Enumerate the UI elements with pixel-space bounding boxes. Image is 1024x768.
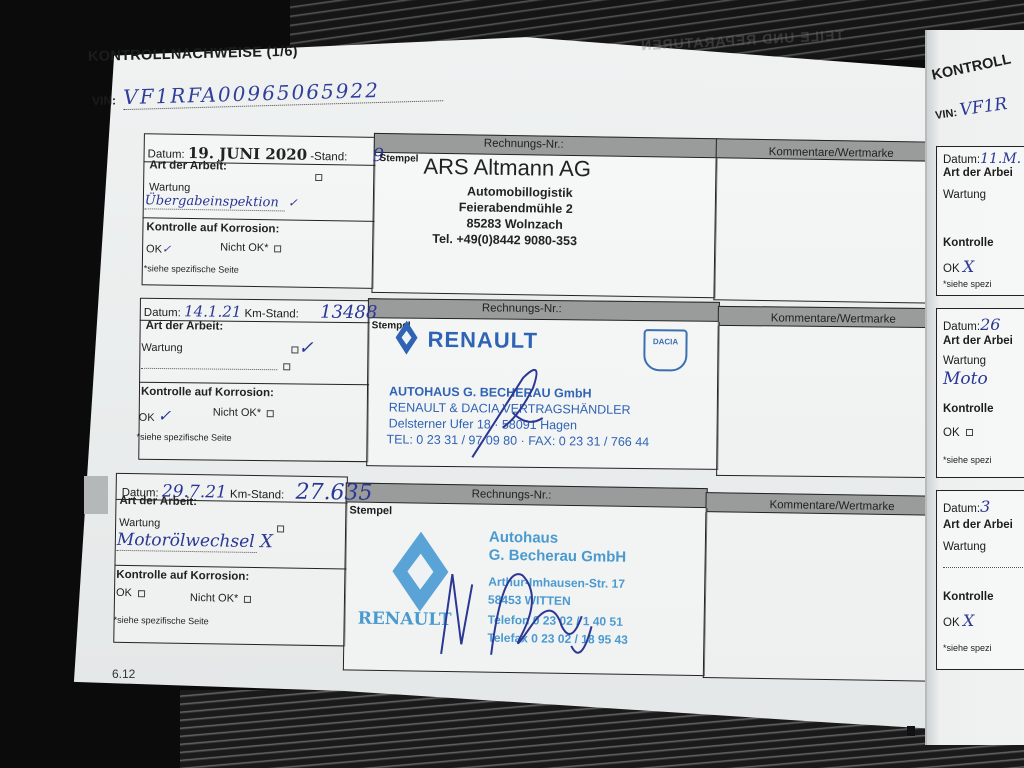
stamp-line: Tel. +49(0)8442 9080-353 (432, 232, 577, 248)
vin-label: VIN: (934, 107, 957, 122)
datum-line: Datum:3 (943, 497, 990, 516)
entry-2-km-value: 13488 (320, 302, 377, 324)
entry-3-ok-option[interactable]: OK (116, 587, 145, 599)
date-value: 26 (980, 315, 1000, 334)
wartung-label: Wartung (119, 517, 160, 530)
stamp-line: Autohaus (489, 529, 558, 547)
entry-2-invoice-label: Rechnungs-Nr.: (482, 302, 562, 315)
datum-line: Datum:26 (943, 315, 1000, 334)
entry-2-wartung-check: ✓ (298, 337, 313, 358)
entry-1-nicht-ok-option[interactable]: Nicht OK* (220, 241, 281, 254)
art-label: Art der Arbei (943, 167, 1013, 179)
nicht-ok-label: Nicht OK* (213, 407, 261, 420)
entry-2-comment-label: Kommentare/Wertmarke (771, 312, 896, 325)
ok-label: OK (139, 412, 155, 424)
page-number: 6.12 (112, 667, 135, 681)
ok-option[interactable]: OK X (943, 611, 974, 630)
kontrolle-label: Kontrolle (943, 403, 993, 415)
entry-1-invoice-label: Rechnungs-Nr.: (484, 138, 564, 151)
entry-1-ok-option[interactable]: OK✓ (146, 242, 171, 255)
entry-2-ok-option[interactable]: OK ✓ (139, 406, 172, 425)
work-value: Moto (943, 369, 988, 389)
km-stand-label: Km-Stand: (230, 489, 285, 502)
ok-mark: X (963, 257, 974, 276)
km-stand-label: Km-Stand: (244, 308, 298, 321)
date-value: 11.M. (980, 151, 1021, 167)
ok-label: OK (146, 243, 162, 255)
entry-2-comment-box (716, 326, 940, 478)
signature-icon (411, 553, 613, 666)
next-page-entry-2: Datum:26 Art der Arbei Wartung Moto Kont… (936, 308, 1024, 478)
entry-1-comment-label: Kommentare/Wertmarke (769, 146, 894, 160)
stamp-line: Automobillogistik (467, 184, 573, 200)
nicht-ok-label: Nicht OK* (190, 592, 238, 605)
entry-1-work-check[interactable]: ✓ (288, 196, 298, 210)
page-edge-mark (907, 726, 915, 736)
datum-label: Datum: (943, 154, 980, 166)
date-value: 3 (980, 497, 990, 516)
entry-1-comment-box (713, 158, 935, 303)
kontrolle-label: Kontrolle (943, 237, 993, 249)
kontrolle-label: Kontrolle auf Korrosion: (116, 569, 249, 583)
kontrolle-label: Kontrolle auf Korrosion: (141, 386, 274, 399)
wartung-label: Wartung (149, 181, 190, 194)
datum-label: Datum: (943, 503, 980, 515)
datum-line: Datum:11.M. (943, 151, 1021, 167)
datum-label: Datum: (144, 307, 181, 319)
art-der-arbeit-label: Art der Arbeit: (149, 159, 227, 172)
dacia-logo-icon: DACIA (643, 329, 687, 371)
footnote: *siehe spezifische Seite (114, 615, 209, 626)
entry-3-comment-box (703, 512, 938, 682)
wartung-label: Wartung (943, 541, 986, 553)
stamp-brand: RENAULT (427, 327, 538, 354)
next-page-entry-1: Datum:11.M. Art der Arbei Wartung Kontro… (936, 146, 1024, 296)
entry-3-nicht-ok-option[interactable]: Nicht OK* (190, 592, 251, 605)
footnote: *siehe spezifische Seite (136, 432, 231, 443)
entry-1-work-line: Übergabeinspektion ✓ (145, 193, 298, 211)
entry-1-ok-check: ✓ (162, 243, 171, 256)
ok-label: OK (943, 263, 960, 275)
ok-label: OK (943, 617, 960, 629)
kontrolle-label: Kontrolle auf Korrosion: (146, 221, 279, 235)
entry-3-work-value: Motorölwechsel (117, 530, 257, 553)
km-stand-label: -Stand: (310, 151, 347, 164)
ok-label: OK (116, 587, 132, 599)
entry-2-nicht-ok-option[interactable]: Nicht OK* (213, 407, 274, 420)
dacia-label: DACIA (653, 337, 678, 346)
nicht-ok-label: Nicht OK* (220, 241, 268, 254)
entry-3-invoice-label: Rechnungs-Nr.: (472, 488, 552, 501)
datum-label: Datum: (943, 321, 980, 333)
ok-option[interactable]: OK X (943, 257, 974, 276)
entry-3-work-line: Motorölwechsel X (117, 529, 273, 553)
stamp-line: 85283 Wolnzach (466, 216, 563, 232)
stempel-label: Stempel (349, 504, 392, 517)
entry-2-date-value: 14.1.21 (184, 302, 241, 321)
footnote: *siehe spezi (943, 455, 992, 465)
stamp-company-name: ARS Altmann AG (423, 154, 591, 183)
kontrolle-label: Kontrolle (943, 591, 993, 603)
entry-3-work-check[interactable]: X (260, 531, 273, 552)
ok-label: OK (943, 427, 960, 439)
footnote: *siehe spezifische Seite (144, 263, 239, 274)
wartung-label: Wartung (943, 189, 986, 201)
art-der-arbeit-label: Art der Arbeit: (146, 320, 224, 333)
ok-mark: X (963, 611, 974, 630)
wartung-label: Wartung (943, 355, 986, 367)
next-page-entry-3: Datum:3 Art der Arbei Wartung Kontrolle … (936, 490, 1024, 670)
stempel-label: Stempel (379, 153, 418, 165)
wartung-checkbox[interactable] (309, 172, 322, 184)
footnote: *siehe spezi (943, 643, 992, 653)
side-tab-marker (84, 476, 108, 514)
ok-option[interactable]: OK (943, 427, 973, 439)
footnote: *siehe spezi (943, 279, 992, 289)
art-label: Art der Arbei (943, 519, 1013, 531)
entry-1-work-value: Übergabeinspektion (145, 193, 285, 211)
wartung-label: Wartung (141, 342, 182, 354)
entry-2-work-line[interactable] (141, 360, 290, 374)
art-der-arbeit-label: Art der Arbeit: (119, 495, 197, 508)
art-label: Art der Arbei (943, 335, 1013, 347)
wartung-checkbox[interactable]: ✓ (285, 337, 313, 358)
entry-2-ok-check: ✓ (158, 406, 172, 425)
work-line (943, 567, 1023, 568)
vin-label: VIN: (92, 93, 116, 108)
entry-3-comment-label: Kommentare/Wertmarke (769, 499, 894, 513)
signature-icon (462, 357, 553, 468)
stamp-line: Feierabendmühle 2 (459, 200, 573, 216)
